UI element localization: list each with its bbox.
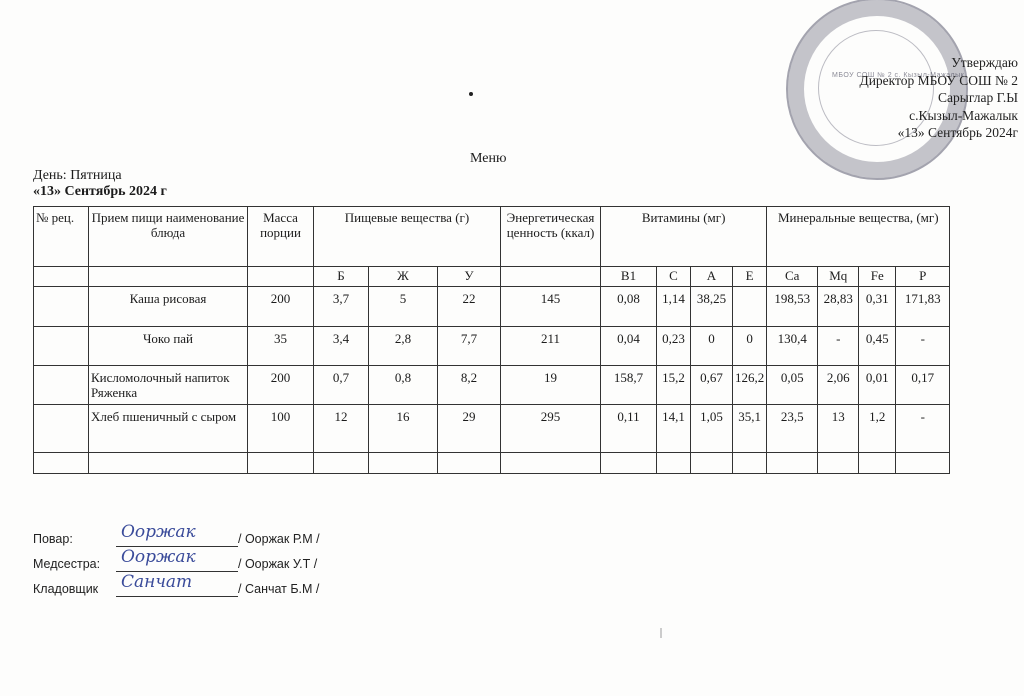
cell-b1: 158,7: [601, 366, 657, 405]
cell-a: 0,67: [691, 366, 733, 405]
cell-b1: [601, 453, 657, 474]
cell-c: [657, 453, 691, 474]
signatory-name: / Ооржак Р.М /: [238, 532, 320, 546]
cell-c: 1,14: [657, 287, 691, 327]
cell-fat: 16: [369, 405, 438, 453]
approval-line-3: Сарыглар Г.Ы: [860, 89, 1019, 107]
cell-p: -: [896, 405, 950, 453]
subheader-b1: B1: [601, 267, 657, 287]
handwritten-signature: Санчат: [121, 572, 192, 592]
cell-name: [89, 453, 248, 474]
cell-protein: 3,4: [314, 327, 369, 366]
cell-fe: [859, 453, 896, 474]
ink-dot: [469, 92, 473, 96]
cell-a: 0: [691, 327, 733, 366]
cell-p: 0,17: [896, 366, 950, 405]
cell-portion: [248, 453, 314, 474]
cell-ca: 23,5: [767, 405, 818, 453]
cell-c: 0,23: [657, 327, 691, 366]
cell-name: Чоко пай: [89, 327, 248, 366]
cell-p: [896, 453, 950, 474]
cell-fat: [369, 453, 438, 474]
cell-name: Каша рисовая: [89, 287, 248, 327]
signatory-name: / Ооржак У.Т /: [238, 557, 317, 571]
approval-block: Утверждаю Директор МБОУ СОШ № 2 Сарыглар…: [860, 54, 1019, 142]
header-dish-name: Прием пищи наименование блюда: [89, 207, 248, 267]
cell-recipe-no: [34, 366, 89, 405]
cell-protein: [314, 453, 369, 474]
cell-p: -: [896, 327, 950, 366]
approval-line-5: «13» Сентябрь 2024г: [860, 124, 1019, 142]
date-label: «13» Сентябрь 2024 г: [33, 184, 167, 200]
cell-carbs: 8,2: [438, 366, 501, 405]
subheader-empty: [34, 267, 89, 287]
paper-mark: [660, 628, 662, 638]
cell-e: 35,1: [733, 405, 767, 453]
signature-role: Кладовщик: [33, 582, 98, 596]
subheader-ca: Ca: [767, 267, 818, 287]
cell-mg: 13: [818, 405, 859, 453]
cell-ca: 0,05: [767, 366, 818, 405]
approval-line-1: Утверждаю: [860, 54, 1019, 72]
header-nutrients: Пищевые вещества (г): [314, 207, 501, 267]
cell-ca: [767, 453, 818, 474]
cell-portion: 100: [248, 405, 314, 453]
cell-energy: [501, 453, 601, 474]
header-row: № рец. Прием пищи наименование блюда Мас…: [34, 207, 950, 267]
cell-c: 15,2: [657, 366, 691, 405]
signature-role: Повар:: [33, 532, 73, 546]
header-vitamins: Витамины (мг): [601, 207, 767, 267]
subheader-carbs: У: [438, 267, 501, 287]
menu-table: № рец. Прием пищи наименование блюда Мас…: [33, 206, 950, 474]
day-label: День: Пятница: [33, 168, 122, 184]
cell-name: Хлеб пшеничный с сыром: [89, 405, 248, 453]
subheader-c: C: [657, 267, 691, 287]
cell-carbs: 29: [438, 405, 501, 453]
cell-name: Кисломолочный напиток Ряженка: [89, 366, 248, 405]
cell-energy: 145: [501, 287, 601, 327]
cell-fe: 0,01: [859, 366, 896, 405]
cell-e: 126,2: [733, 366, 767, 405]
handwritten-signature: Ооржак: [121, 522, 196, 542]
cell-e: [733, 453, 767, 474]
cell-fe: 1,2: [859, 405, 896, 453]
cell-energy: 19: [501, 366, 601, 405]
cell-carbs: 22: [438, 287, 501, 327]
subheader-protein: Б: [314, 267, 369, 287]
subheader-empty: [89, 267, 248, 287]
header-portion: Масса порции: [248, 207, 314, 267]
document-title: Меню: [470, 151, 506, 167]
subheader-fat: Ж: [369, 267, 438, 287]
header-energy: Энергетическая ценность (ккал): [501, 207, 601, 267]
subheader-empty: [501, 267, 601, 287]
cell-recipe-no: [34, 405, 89, 453]
header-recipe-no: № рец.: [34, 207, 89, 267]
cell-a: 38,25: [691, 287, 733, 327]
cell-e: [733, 287, 767, 327]
table-row: [34, 453, 950, 474]
subheader-a: A: [691, 267, 733, 287]
table-row: Кисломолочный напиток Ряженка2000,70,88,…: [34, 366, 950, 405]
cell-p: 171,83: [896, 287, 950, 327]
cell-b1: 0,08: [601, 287, 657, 327]
cell-protein: 12: [314, 405, 369, 453]
signatory-name: / Санчат Б.М /: [238, 582, 319, 596]
approval-line-4: с.Кызыл-Мажалык: [860, 107, 1019, 125]
cell-mg: [818, 453, 859, 474]
cell-portion: 200: [248, 287, 314, 327]
cell-ca: 198,53: [767, 287, 818, 327]
cell-recipe-no: [34, 287, 89, 327]
signature-role: Медсестра:: [33, 557, 100, 571]
cell-carbs: 7,7: [438, 327, 501, 366]
header-minerals: Минеральные вещества, (мг): [767, 207, 950, 267]
table-row: Чоко пай353,42,87,72110,040,2300130,4-0,…: [34, 327, 950, 366]
cell-fat: 0,8: [369, 366, 438, 405]
cell-carbs: [438, 453, 501, 474]
cell-portion: 35: [248, 327, 314, 366]
cell-ca: 130,4: [767, 327, 818, 366]
cell-fe: 0,45: [859, 327, 896, 366]
subheader-empty: [248, 267, 314, 287]
cell-fat: 2,8: [369, 327, 438, 366]
cell-energy: 295: [501, 405, 601, 453]
cell-e: 0: [733, 327, 767, 366]
cell-protein: 0,7: [314, 366, 369, 405]
cell-protein: 3,7: [314, 287, 369, 327]
cell-a: 1,05: [691, 405, 733, 453]
cell-mg: 28,83: [818, 287, 859, 327]
cell-mg: 2,06: [818, 366, 859, 405]
cell-mg: -: [818, 327, 859, 366]
cell-recipe-no: [34, 453, 89, 474]
cell-a: [691, 453, 733, 474]
cell-fe: 0,31: [859, 287, 896, 327]
cell-fat: 5: [369, 287, 438, 327]
subheader-fe: Fe: [859, 267, 896, 287]
cell-c: 14,1: [657, 405, 691, 453]
subheader-e: E: [733, 267, 767, 287]
cell-b1: 0,11: [601, 405, 657, 453]
cell-energy: 211: [501, 327, 601, 366]
cell-b1: 0,04: [601, 327, 657, 366]
handwritten-signature: Ооржак: [121, 547, 196, 567]
cell-portion: 200: [248, 366, 314, 405]
cell-recipe-no: [34, 327, 89, 366]
approval-line-2: Директор МБОУ СОШ № 2: [860, 72, 1019, 90]
table-row: Каша рисовая2003,75221450,081,1438,25198…: [34, 287, 950, 327]
subheader-mg: Mq: [818, 267, 859, 287]
table-row: Хлеб пшеничный с сыром1001216292950,1114…: [34, 405, 950, 453]
subheader-p: P: [896, 267, 950, 287]
subheader-row: Б Ж У B1 C A E Ca Mq Fe P: [34, 267, 950, 287]
